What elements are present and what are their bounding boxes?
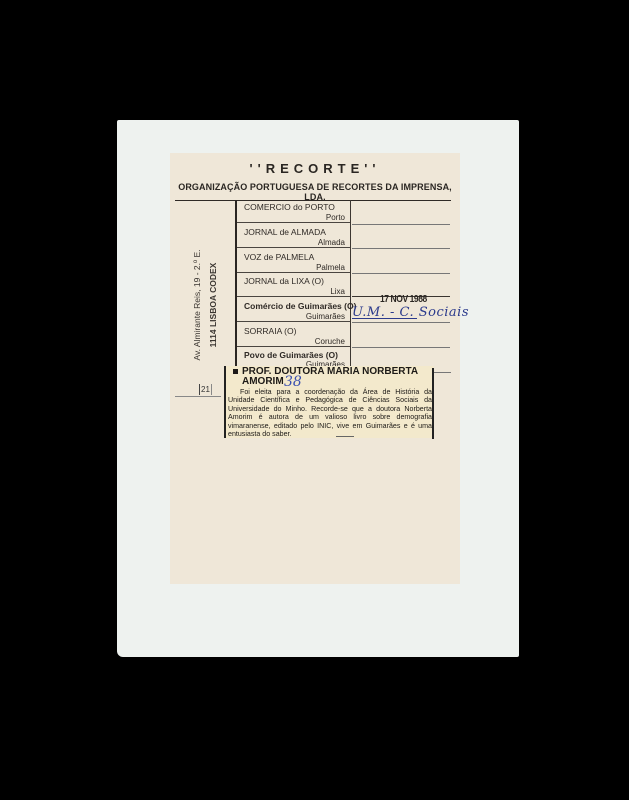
handwritten-note: U.M. - C. Sociais — [352, 305, 469, 320]
publication-name: JORNAL da LIXA (O) — [244, 276, 324, 286]
publication-city: Lixa — [330, 287, 345, 296]
card-title: ''RECORTE'' — [170, 161, 460, 176]
clipping-headline: PROF. DOUTORA MARIA NORBERTA AMORIM — [234, 367, 434, 387]
row-divider — [352, 322, 450, 323]
row-divider — [433, 372, 451, 373]
clipping-right-edge — [432, 368, 434, 439]
publication-row: SORRAIA (O) Coruche — [237, 323, 349, 349]
publication-row: JORNAL de ALMADA Almada — [237, 224, 349, 250]
publication-row: VOZ de PALMELA Palmela — [237, 249, 349, 275]
clipping-body: Foi eleita para a coordenação da Área de… — [228, 388, 432, 438]
publication-city: Palmela — [316, 263, 345, 272]
bullet-icon — [233, 369, 238, 374]
address-block: Av. Almirante Reis, 19 - 2.º E. 1114 LIS… — [180, 240, 230, 370]
publication-city: Coruche — [315, 337, 345, 346]
reference-rule — [175, 396, 221, 397]
publication-name: JORNAL de ALMADA — [244, 227, 326, 237]
row-divider — [352, 273, 450, 274]
headline-line-2: AMORIM — [234, 377, 434, 387]
row-divider — [352, 347, 450, 348]
row-divider — [352, 248, 450, 249]
right-column-divider — [350, 200, 351, 370]
publication-name: VOZ de PALMELA — [244, 252, 314, 262]
end-rule — [336, 436, 354, 437]
date-stamp: 17 NOV 1988 — [380, 294, 427, 305]
publication-city: Almada — [318, 238, 345, 247]
newspaper-clipping: PROF. DOUTORA MARIA NORBERTA AMORIM 38 F… — [224, 366, 434, 438]
publication-row: JORNAL da LIXA (O) Lixa — [237, 273, 349, 299]
publication-row: COMERCIO do PORTO Porto — [237, 199, 349, 225]
publication-name: Comércio de Guimarães (O) — [244, 301, 356, 311]
reference-number: 21 — [199, 384, 212, 395]
publication-name: COMERCIO do PORTO — [244, 202, 335, 212]
address-line-2: 1114 LISBOA CODEX — [205, 250, 221, 361]
publication-name: SORRAIA (O) — [244, 326, 296, 336]
address-line-1: Av. Almirante Reis, 19 - 2.º E. — [189, 250, 205, 361]
publication-city: Guimarães — [306, 312, 345, 321]
publication-name: Povo de Guimarães (O) — [244, 350, 338, 360]
publication-row: Comércio de Guimarães (O) Guimarães — [237, 298, 349, 324]
publication-city: Porto — [326, 213, 345, 222]
row-divider — [352, 224, 450, 225]
